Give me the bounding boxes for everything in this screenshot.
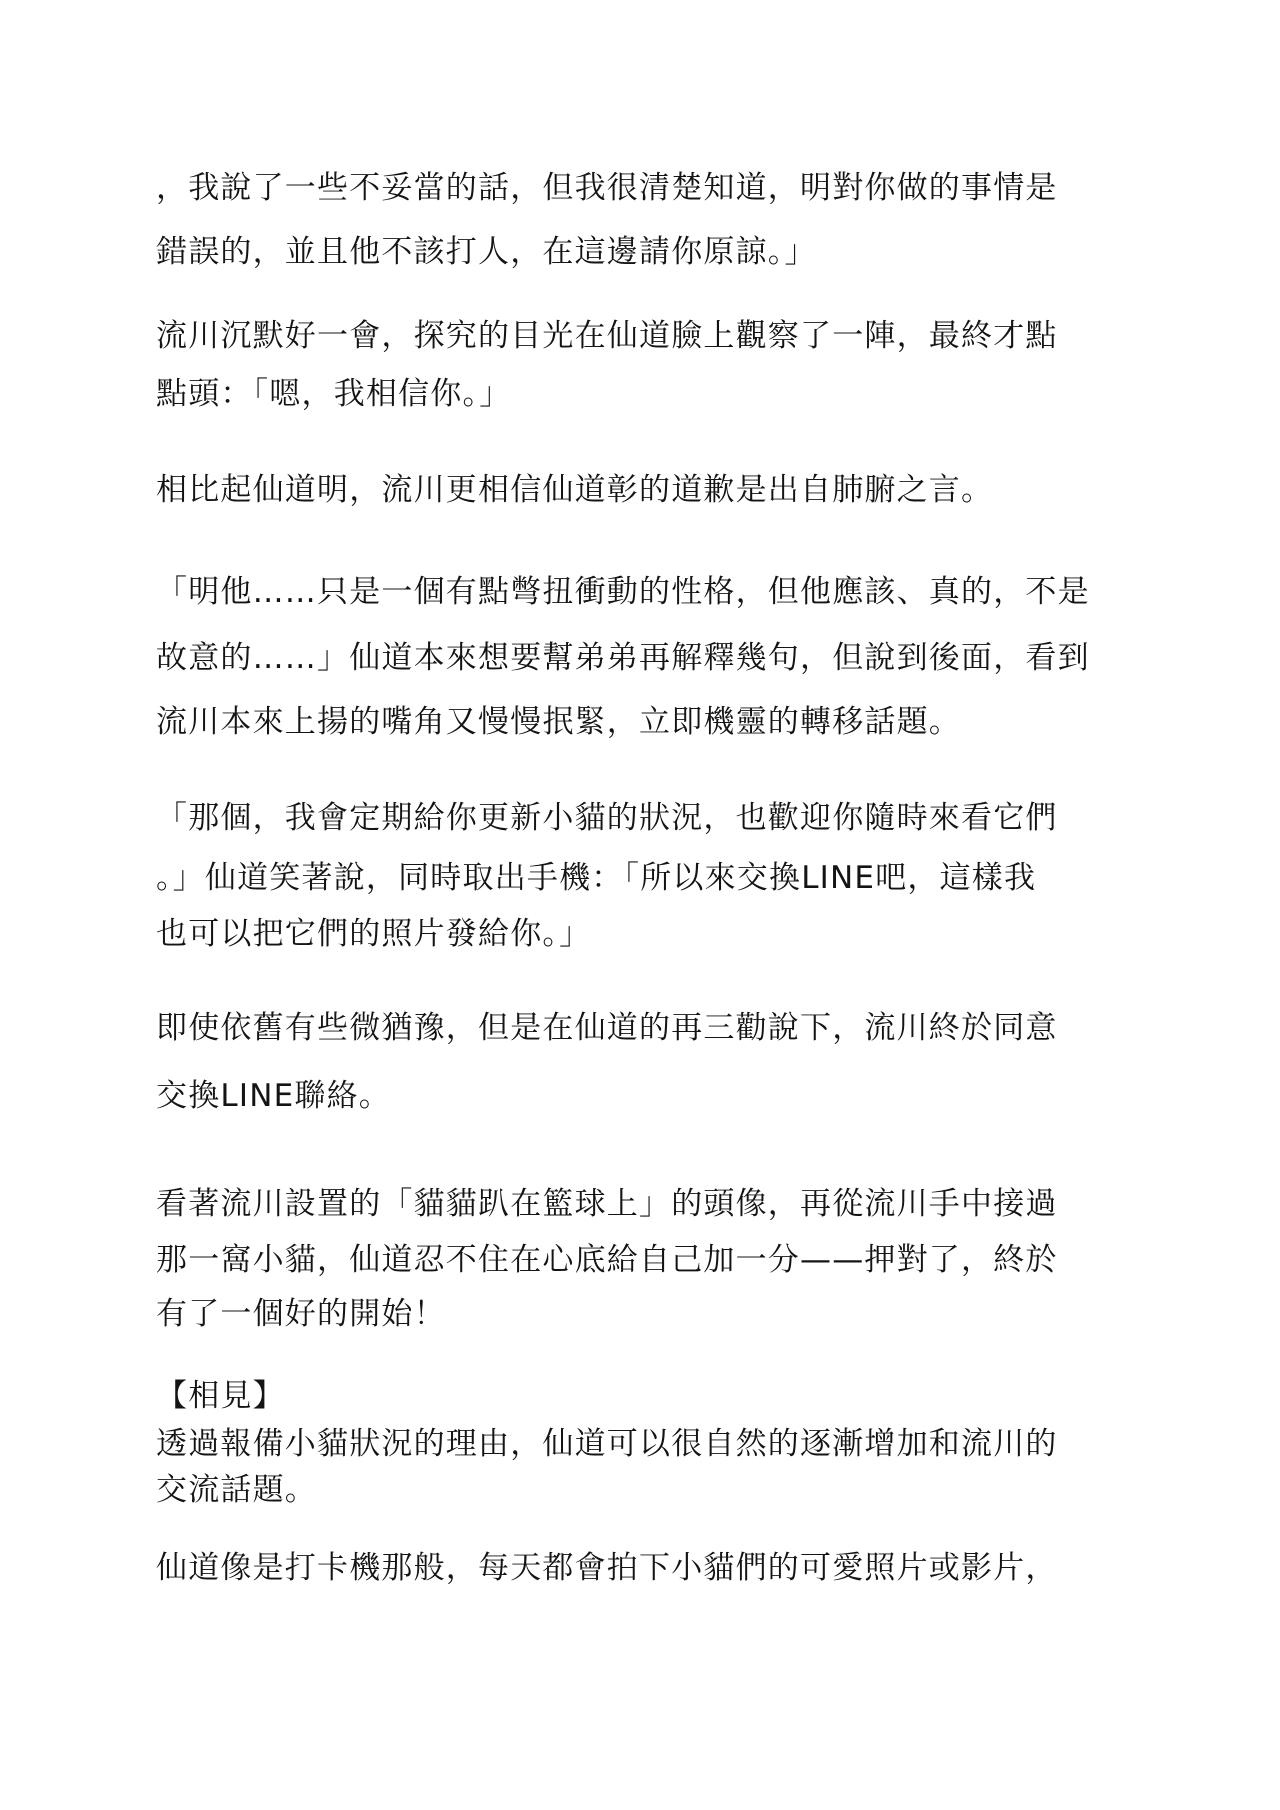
text-line: 「那個，我會定期給你更新小貓的狀況，也歡迎你隨時來看它們 [156, 798, 1136, 838]
text-line: 點頭：「嗯，我相信你。」 [156, 374, 1136, 414]
text-line: 「明他……只是一個有點彆扭衝動的性格，但他應該、真的，不是 [156, 572, 1136, 612]
section-heading: 【相見】 [156, 1376, 1136, 1416]
text-line: 透過報備小貓狀況的理由，仙道可以很自然的逐漸增加和流川的 [156, 1424, 1136, 1464]
text-line: 交換LINE聯絡。 [156, 1076, 1136, 1116]
text-line: 也可以把它們的照片發給你。」 [156, 914, 1136, 954]
text-line: 仙道像是打卡機那般，每天都會拍下小貓們的可愛照片或影片， [156, 1548, 1136, 1588]
text-line: 故意的……」仙道本來想要幫弟弟再解釋幾句，但說到後面，看到 [156, 638, 1136, 678]
text-line: 交流話題。 [156, 1470, 1136, 1510]
text-line: 錯誤的，並且他不該打人，在這邊請你原諒。」 [156, 232, 1136, 272]
text-line: ，我說了一些不妥當的話，但我很清楚知道，明對你做的事情是 [156, 168, 1136, 208]
text-line: 那一窩小貓，仙道忍不住在心底給自己加一分——押對了，終於 [156, 1240, 1136, 1280]
text-line: 相比起仙道明，流川更相信仙道彰的道歉是出自肺腑之言。 [156, 470, 1136, 510]
document-page: ，我說了一些不妥當的話，但我很清楚知道，明對你做的事情是 錯誤的，並且他不該打人… [0, 0, 1280, 1810]
text-line: 流川本來上揚的嘴角又慢慢抿緊，立即機靈的轉移話題。 [156, 702, 1136, 742]
text-line: 。」仙道笑著說，同時取出手機：「所以來交換LINE吧，這樣我 [156, 858, 1136, 898]
text-line: 有了一個好的開始！ [156, 1294, 1136, 1334]
text-line: 流川沉默好一會，探究的目光在仙道臉上觀察了一陣，最終才點 [156, 316, 1136, 356]
text-line: 即使依舊有些微猶豫，但是在仙道的再三勸說下，流川終於同意 [156, 1008, 1136, 1048]
text-line: 看著流川設置的「貓貓趴在籃球上」的頭像，再從流川手中接過 [156, 1184, 1136, 1224]
